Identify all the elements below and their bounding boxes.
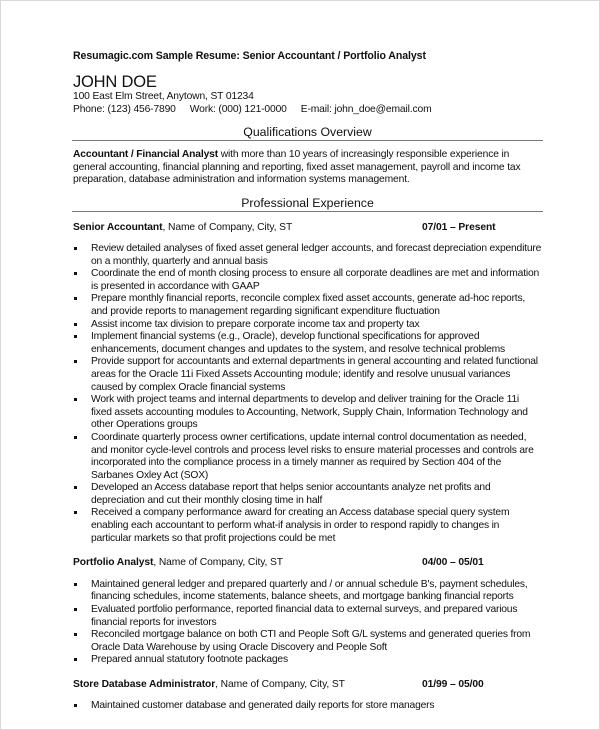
bullet-text: Coordinate quarterly process owner certi… — [91, 432, 534, 481]
bullet-text: Coordinate the end of month closing proc… — [91, 268, 539, 292]
square-bullet-icon — [74, 658, 77, 661]
job-dates: 01/99 – 05/00 — [422, 679, 484, 692]
square-bullet-icon — [74, 486, 77, 489]
job-title: Portfolio Analyst — [73, 557, 153, 568]
contact-line: Phone: (123) 456-7890Work: (000) 121-000… — [73, 104, 542, 117]
job-header: Portfolio Analyst, Name of Company, City… — [73, 557, 542, 570]
square-bullet-icon — [74, 633, 77, 636]
job-bullets: Maintained customer database and generat… — [73, 700, 542, 713]
bullet-text: Received a company performance award for… — [91, 507, 509, 543]
square-bullet-icon — [74, 247, 77, 250]
bullet-text: Review detailed analyses of fixed asset … — [91, 243, 541, 267]
list-item: Received a company performance award for… — [73, 507, 542, 545]
square-bullet-icon — [74, 511, 77, 514]
bullet-text: Maintained customer database and generat… — [91, 700, 434, 711]
list-item: Maintained general ledger and prepared q… — [73, 579, 542, 604]
job-dates: 04/00 – 05/01 — [422, 557, 484, 570]
job-company: , Name of Company, City, ST — [153, 557, 283, 568]
resume-page: Resumagic.com Sample Resume: Senior Acco… — [0, 0, 600, 730]
bullet-text: Developed an Access database report that… — [91, 482, 491, 506]
bullet-text: Reconciled mortgage balance on both CTI … — [91, 629, 530, 653]
job-bullets: Maintained general ledger and prepared q… — [73, 579, 542, 667]
list-item: Coordinate the end of month closing proc… — [73, 268, 542, 293]
job-header: Store Database Administrator, Name of Co… — [73, 679, 542, 692]
bullet-text: Prepared annual statutory footnote packa… — [91, 654, 288, 665]
bullet-text: Work with project teams and internal dep… — [91, 394, 528, 430]
list-item: Evaluated portfolio performance, reporte… — [73, 604, 542, 629]
bullet-text: Implement financial systems (e.g., Oracl… — [91, 331, 505, 355]
job-title: Store Database Administrator — [73, 679, 215, 690]
summary-lead: Accountant / Financial Analyst — [73, 149, 218, 160]
resume-content: Resumagic.com Sample Resume: Senior Acco… — [73, 50, 542, 713]
job-company: , Name of Company, City, ST — [162, 222, 292, 233]
job-bullets: Review detailed analyses of fixed asset … — [73, 243, 542, 545]
list-item: Developed an Access database report that… — [73, 482, 542, 507]
list-item: Coordinate quarterly process owner certi… — [73, 432, 542, 482]
square-bullet-icon — [74, 398, 77, 401]
list-item: Prepared annual statutory footnote packa… — [73, 654, 542, 667]
square-bullet-icon — [74, 583, 77, 586]
bullet-text: Assist income tax division to prepare co… — [91, 319, 419, 330]
bullet-text: Prepare monthly financial reports, recon… — [91, 293, 525, 317]
section-heading-experience: Professional Experience — [72, 196, 543, 212]
square-bullet-icon — [74, 436, 77, 439]
square-bullet-icon — [74, 272, 77, 275]
square-bullet-icon — [74, 335, 77, 338]
bullet-text: Maintained general ledger and prepared q… — [91, 579, 528, 603]
job-header: Senior Accountant, Name of Company, City… — [73, 222, 542, 235]
qualifications-summary: Accountant / Financial Analyst with more… — [73, 149, 542, 187]
list-item: Assist income tax division to prepare co… — [73, 319, 542, 332]
list-item: Prepare monthly financial reports, recon… — [73, 293, 542, 318]
bullet-text: Provide support for accountants and exte… — [91, 356, 538, 392]
square-bullet-icon — [74, 323, 77, 326]
square-bullet-icon — [74, 297, 77, 300]
section-heading-qualifications: Qualifications Overview — [72, 125, 543, 141]
address: 100 East Elm Street, Anytown, ST 01234 — [73, 91, 542, 104]
square-bullet-icon — [74, 704, 77, 707]
square-bullet-icon — [74, 608, 77, 611]
bullet-text: Evaluated portfolio performance, reporte… — [91, 604, 517, 628]
square-bullet-icon — [74, 360, 77, 363]
list-item: Provide support for accountants and exte… — [73, 356, 542, 394]
phone: Phone: (123) 456-7890 — [73, 104, 176, 117]
document-title: Resumagic.com Sample Resume: Senior Acco… — [73, 50, 542, 63]
list-item: Review detailed analyses of fixed asset … — [73, 243, 542, 268]
work-phone: Work: (000) 121-0000 — [190, 104, 287, 117]
candidate-name: JOHN DOE — [73, 73, 542, 91]
list-item: Implement financial systems (e.g., Oracl… — [73, 331, 542, 356]
job-title: Senior Accountant — [73, 222, 162, 233]
job-company: , Name of Company, City, ST — [215, 679, 345, 690]
job-list: Senior Accountant, Name of Company, City… — [73, 222, 542, 714]
list-item: Reconciled mortgage balance on both CTI … — [73, 629, 542, 654]
job-dates: 07/01 – Present — [422, 222, 496, 235]
email: E-mail: john_doe@email.com — [301, 104, 432, 117]
list-item: Maintained customer database and generat… — [73, 700, 542, 713]
list-item: Work with project teams and internal dep… — [73, 394, 542, 432]
